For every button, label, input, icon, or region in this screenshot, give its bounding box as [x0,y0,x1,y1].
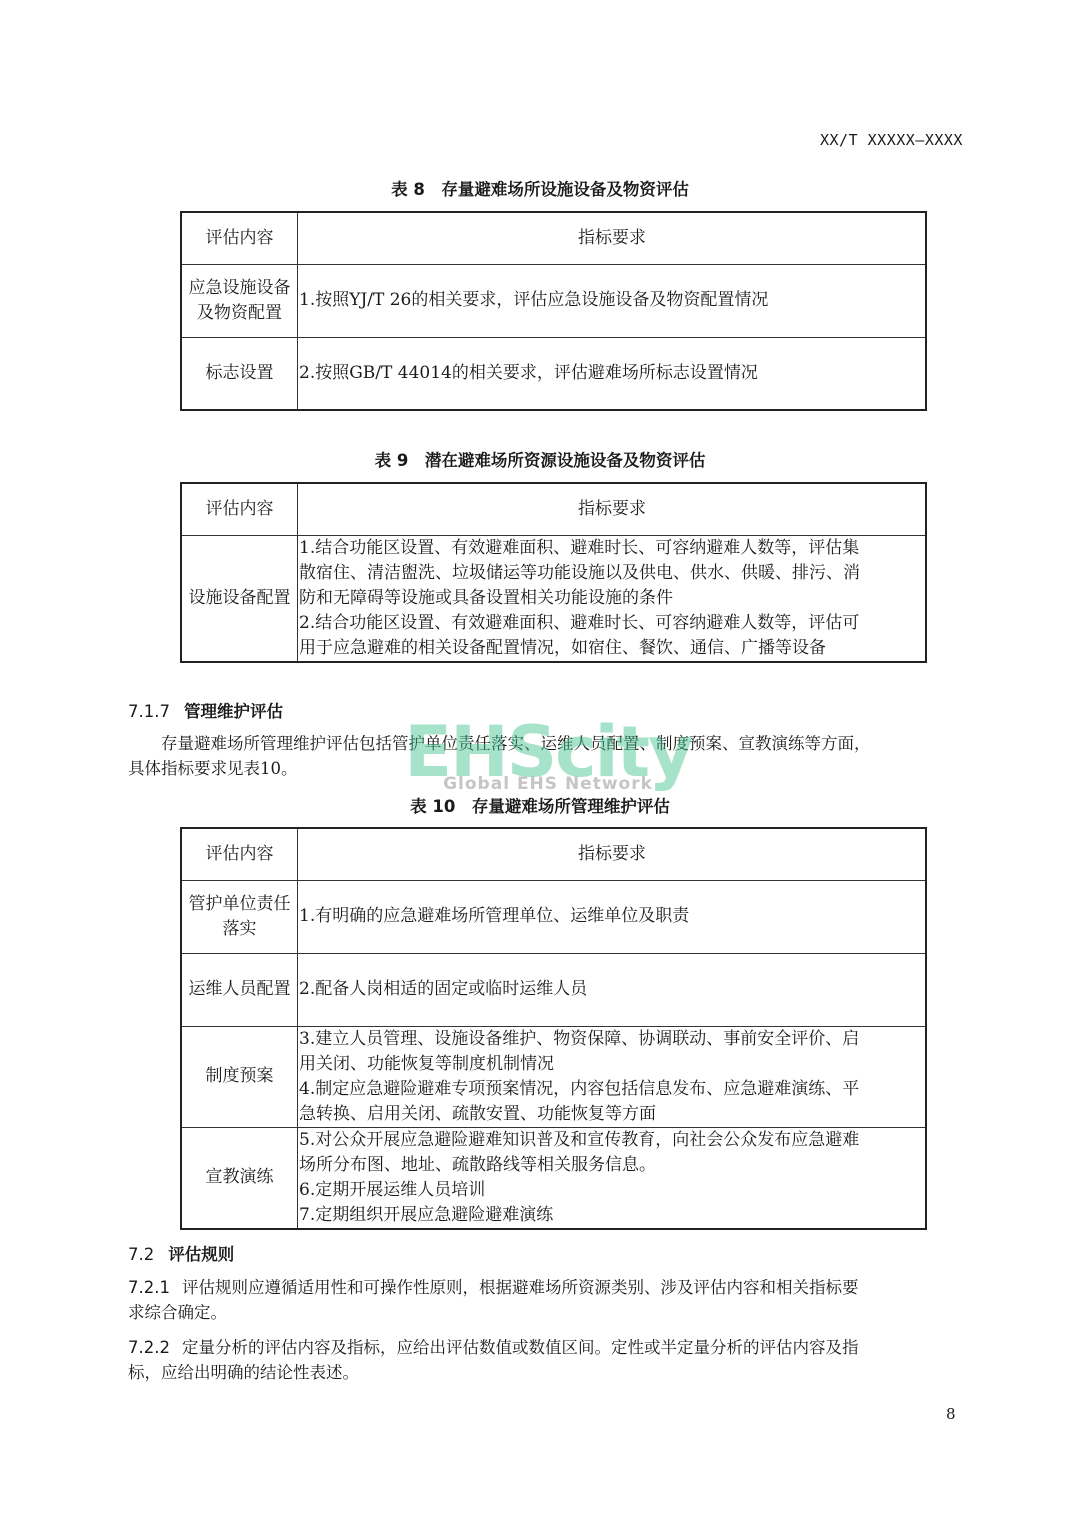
table-header-row: 评估内容 指标要求 [181,212,926,264]
row-item: 管护单位责任 落实 [181,880,298,953]
row-requirement: 1.按照YJ/T 26的相关要求，评估应急设施设备及物资配置情况 [298,264,927,337]
table10: 评估内容 指标要求 管护单位责任 落实 1.有明确的应急避难场所管理单位、运维单… [180,827,927,1230]
row-item: 标志设置 [181,337,298,410]
row-requirement: 5.对公众开展应急避险避难知识普及和宣传教育，向社会公众发布应急避难 场所分布图… [298,1127,927,1229]
header-requirement: 指标要求 [298,828,927,880]
row-requirement: 1.结合功能区设置、有效避难面积、避难时长、可容纳避难人数等，评估集 散宿住、清… [298,535,927,662]
section-heading-7-1-7: 7.1.7管理维护评估 [128,698,283,722]
row-requirement: 1.有明确的应急避难场所管理单位、运维单位及职责 [298,880,927,953]
table-header-row: 评估内容 指标要求 [181,483,926,535]
row-requirement: 3.建立人员管理、设施设备维护、物资保障、协调联动、事前安全评价、启 用关闭、功… [298,1026,927,1127]
table-row: 管护单位责任 落实 1.有明确的应急避难场所管理单位、运维单位及职责 [181,880,926,953]
clause-7-2-1: 7.2.1评估规则应遵循适用性和可操作性原则，根据避难场所资源类别、涉及评估内容… [128,1275,978,1325]
table-row: 标志设置 2.按照GB/T 44014的相关要求，评估避难场所标志设置情况 [181,337,926,410]
row-item: 制度预案 [181,1026,298,1127]
page-number: 8 [946,1405,956,1423]
section-7-1-7-body: 存量避难场所管理维护评估包括管护单位责任落实、运维人员配置、制度预案、宣教演练等… [128,731,978,781]
clause-7-2-2: 7.2.2定量分析的评估内容及指标，应给出评估数值或数值区间。定性或半定量分析的… [128,1335,978,1385]
row-item: 运维人员配置 [181,953,298,1026]
table9-title: 表 9 潜在避难场所资源设施设备及物资评估 [0,447,1080,471]
header-item: 评估内容 [181,828,298,880]
row-item: 应急设施设备 及物资配置 [181,264,298,337]
section-heading-7-2: 7.2评估规则 [128,1241,234,1265]
table10-title: 表 10 存量避难场所管理维护评估 [0,793,1080,817]
row-item: 宣教演练 [181,1127,298,1229]
table-row: 应急设施设备 及物资配置 1.按照YJ/T 26的相关要求，评估应急设施设备及物… [181,264,926,337]
table-row: 宣教演练 5.对公众开展应急避险避难知识普及和宣传教育，向社会公众发布应急避难 … [181,1127,926,1229]
row-item: 设施设备配置 [181,535,298,662]
row-requirement: 2.按照GB/T 44014的相关要求，评估避难场所标志设置情况 [298,337,927,410]
table-row: 运维人员配置 2.配备人岗相适的固定或临时运维人员 [181,953,926,1026]
document-code: XX/T XXXXX—XXXX [820,131,963,149]
table8: 评估内容 指标要求 应急设施设备 及物资配置 1.按照YJ/T 26的相关要求，… [180,211,927,411]
table8-title: 表 8 存量避难场所设施设备及物资评估 [0,176,1080,200]
table-header-row: 评估内容 指标要求 [181,828,926,880]
header-requirement: 指标要求 [298,212,927,264]
row-requirement: 2.配备人岗相适的固定或临时运维人员 [298,953,927,1026]
table-row: 制度预案 3.建立人员管理、设施设备维护、物资保障、协调联动、事前安全评价、启 … [181,1026,926,1127]
header-item: 评估内容 [181,212,298,264]
header-item: 评估内容 [181,483,298,535]
header-requirement: 指标要求 [298,483,927,535]
table9: 评估内容 指标要求 设施设备配置 1.结合功能区设置、有效避难面积、避难时长、可… [180,482,927,663]
table-row: 设施设备配置 1.结合功能区设置、有效避难面积、避难时长、可容纳避难人数等，评估… [181,535,926,662]
